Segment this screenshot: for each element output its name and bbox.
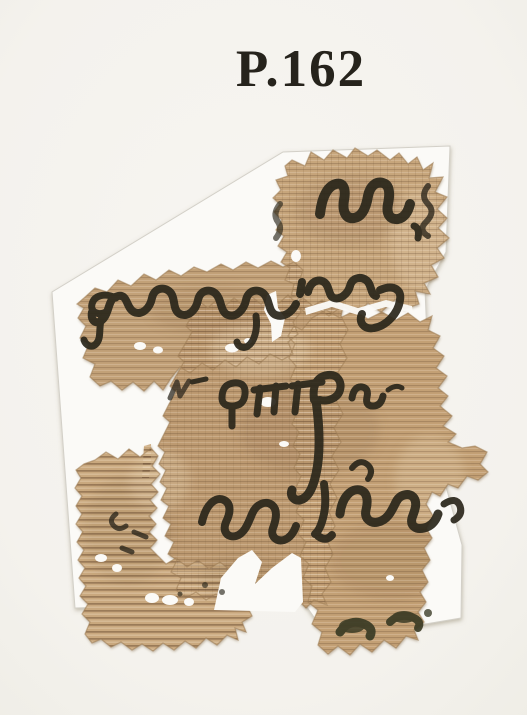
papyrus-fragment-figure (0, 0, 527, 715)
scanned-plate: P.162 (0, 0, 527, 715)
